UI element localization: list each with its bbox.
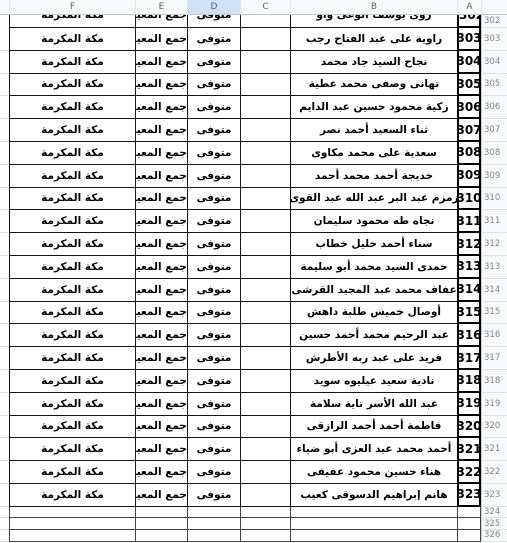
table-row: مكة المكرمة جمع المعيصم متوفى عبد الرحيم… xyxy=(0,324,507,347)
table-cell-e[interactable]: جمع المعيصم xyxy=(135,370,187,393)
row-header[interactable]: 302 xyxy=(481,15,507,28)
table-cell-b[interactable]: سناء أحمد خليل خطاب xyxy=(290,233,457,256)
table-cell-b[interactable]: سعدية على محمد مكاوى xyxy=(290,142,457,165)
table-cell-f[interactable]: مكة المكرمة xyxy=(9,233,135,256)
gutter-cell xyxy=(0,279,9,302)
table-cell-e[interactable]: جمع المعيصم xyxy=(135,279,187,302)
table-cell-d[interactable]: متوفى xyxy=(187,302,240,325)
table-row: مكة المكرمة جمع المعيصم متوفى نجاح السيد… xyxy=(0,51,507,74)
gutter-cell xyxy=(0,347,9,370)
table-cell-d[interactable]: متوفى xyxy=(187,96,240,119)
gutter-cell xyxy=(0,302,9,325)
table-cell-f[interactable]: مكة المكرمة xyxy=(9,302,135,325)
table-cell-e[interactable]: جمع المعيصم xyxy=(135,74,187,97)
table-cell-e[interactable]: جمع المعيصم xyxy=(135,210,187,233)
table-cell-f[interactable]: مكة المكرمة xyxy=(9,15,135,28)
row-header[interactable]: 315 xyxy=(481,302,507,325)
row-header[interactable]: 316 xyxy=(481,324,507,347)
table-cell-f[interactable]: مكة المكرمة xyxy=(9,210,135,233)
table-cell-f[interactable]: مكة المكرمة xyxy=(9,393,135,416)
table-cell-d[interactable]: متوفى xyxy=(187,279,240,302)
table-cell-c[interactable] xyxy=(240,51,290,74)
table-cell-c[interactable] xyxy=(240,165,290,188)
table-cell-b[interactable]: حمدى السيد محمد أبو سليمة xyxy=(290,256,457,279)
table-cell-a[interactable]: 318 xyxy=(457,370,481,393)
row-header[interactable]: 324 xyxy=(481,507,507,519)
table-cell-b[interactable]: هانم إبراهيم الدسوقى كعيب xyxy=(290,484,457,507)
table-row: مكة المكرمة جمع المعيصم متوفى حمدى السيد… xyxy=(0,256,507,279)
table-cell-a[interactable]: 314 xyxy=(457,279,481,302)
table-cell-d[interactable]: متوفى xyxy=(187,119,240,142)
table-cell-f[interactable]: مكة المكرمة xyxy=(9,165,135,188)
table-cell-c[interactable] xyxy=(240,507,290,519)
table-cell-f[interactable]: مكة المكرمة xyxy=(9,461,135,484)
column-header-b[interactable]: B xyxy=(290,0,457,14)
table-cell-f[interactable]: مكة المكرمة xyxy=(9,51,135,74)
table-cell-b[interactable]: زمزم عبد البر عبد الله عبد القوى xyxy=(290,188,457,211)
table-cell-d[interactable] xyxy=(187,530,240,542)
table-row: مكة المكرمة جمع المعيصم متوفى هانم إبراه… xyxy=(0,484,507,507)
table-cell-e[interactable]: جمع المعيصم xyxy=(135,15,187,28)
gutter-cell xyxy=(0,438,9,461)
table-cell-e[interactable]: جمع المعيصم xyxy=(135,347,187,370)
table-cell-b[interactable] xyxy=(290,507,457,519)
row-header[interactable]: 306 xyxy=(481,96,507,119)
table-cell-f[interactable]: مكة المكرمة xyxy=(9,256,135,279)
table-cell-b[interactable]: تهانى وصفى محمد عطية xyxy=(290,74,457,97)
table-cell-d[interactable]: متوفى xyxy=(187,74,240,97)
table-row: مكة المكرمة جمع المعيصم متوفى عفاف محمد … xyxy=(0,279,507,302)
table-cell-e[interactable] xyxy=(135,530,187,542)
table-cell-e[interactable] xyxy=(135,507,187,519)
table-cell-d[interactable]: متوفى xyxy=(187,256,240,279)
table-cell-c[interactable] xyxy=(240,370,290,393)
table-row: مكة المكرمة جمع المعيصم متوفى سعدية على … xyxy=(0,142,507,165)
table-cell-a[interactable]: 304 xyxy=(457,51,481,74)
table-cell-c[interactable] xyxy=(240,256,290,279)
table-cell-c[interactable] xyxy=(240,302,290,325)
table-row: مكة المكرمة جمع المعيصم متوفى أوصال خميس… xyxy=(0,302,507,325)
table-cell-c[interactable] xyxy=(240,119,290,142)
table-cell-b[interactable]: روى يوسف الوعى واو xyxy=(290,15,457,28)
table-cell-b[interactable]: عفاف محمد عبد المجيد القرشى xyxy=(290,279,457,302)
spreadsheet-app: F E D C B A مكة المكرمة جمع المعيصم متوف… xyxy=(0,0,507,543)
row-header[interactable]: 313 xyxy=(481,256,507,279)
table-cell-e[interactable]: جمع المعيصم xyxy=(135,461,187,484)
row-header[interactable]: 325 xyxy=(481,518,507,530)
table-cell-c[interactable] xyxy=(240,347,290,370)
table-cell-e[interactable]: جمع المعيصم xyxy=(135,119,187,142)
table-cell-a[interactable]: 302 xyxy=(457,15,481,28)
table-cell-a[interactable]: 315 xyxy=(457,302,481,325)
gutter-cell xyxy=(0,119,9,142)
table-cell-c[interactable] xyxy=(240,142,290,165)
gutter-cell xyxy=(0,416,9,439)
row-header[interactable]: 321 xyxy=(481,438,507,461)
table-cell-c[interactable] xyxy=(240,15,290,28)
table-cell-e[interactable]: جمع المعيصم xyxy=(135,393,187,416)
table-cell-f[interactable] xyxy=(9,507,135,519)
table-cell-f[interactable]: مكة المكرمة xyxy=(9,188,135,211)
table-row: مكة المكرمة جمع المعيصم متوفى عبد الله ا… xyxy=(0,393,507,416)
table-cell-d[interactable]: متوفى xyxy=(187,484,240,507)
table-cell-f[interactable]: مكة المكرمة xyxy=(9,438,135,461)
table-cell-c[interactable] xyxy=(240,393,290,416)
table-cell-e[interactable]: جمع المعيصم xyxy=(135,233,187,256)
table-cell-a[interactable]: 312 xyxy=(457,233,481,256)
table-cell-d[interactable]: متوفى xyxy=(187,15,240,28)
table-cell-c[interactable] xyxy=(240,28,290,51)
gutter-cell xyxy=(0,530,9,542)
row-header[interactable]: 305 xyxy=(481,74,507,97)
table-cell-a[interactable]: 313 xyxy=(457,256,481,279)
gutter-cell xyxy=(0,370,9,393)
table-row: مكة المكرمة جمع المعيصم متوفى نجاه طه مح… xyxy=(0,210,507,233)
column-header-f[interactable]: F xyxy=(9,0,135,14)
gutter-cell xyxy=(0,324,9,347)
table-cell-e[interactable]: جمع المعيصم xyxy=(135,302,187,325)
table-cell-e[interactable]: جمع المعيصم xyxy=(135,416,187,439)
empty-table-row: 326 xyxy=(0,530,507,542)
row-header[interactable]: 322 xyxy=(481,461,507,484)
table-cell-d[interactable] xyxy=(187,518,240,530)
column-header-e[interactable]: E xyxy=(135,0,187,14)
gutter-cell xyxy=(0,518,9,530)
table-cell-b[interactable]: خديجة أحمد محمد أحمد xyxy=(290,165,457,188)
row-header[interactable]: 304 xyxy=(481,51,507,74)
table-cell-c[interactable] xyxy=(240,96,290,119)
table-cell-d[interactable]: متوفى xyxy=(187,347,240,370)
table-cell-b[interactable]: أحمد محمد عبد العزى أبو ضياء xyxy=(290,438,457,461)
table-cell-f[interactable]: مكة المكرمة xyxy=(9,347,135,370)
table-row: مكة المكرمة جمع المعيصم متوفى فريد على ع… xyxy=(0,347,507,370)
table-cell-e[interactable]: جمع المعيصم xyxy=(135,324,187,347)
table-cell-e[interactable]: جمع المعيصم xyxy=(135,484,187,507)
table-cell-f[interactable]: مكة المكرمة xyxy=(9,370,135,393)
table-row: مكة المكرمة جمع المعيصم متوفى راوية على … xyxy=(0,28,507,51)
table-cell-c[interactable] xyxy=(240,438,290,461)
table-cell-b[interactable]: فاطمة أحمد أحمد الرازقى xyxy=(290,416,457,439)
table-cell-f[interactable]: مكة المكرمة xyxy=(9,324,135,347)
table-cell-f[interactable]: مكة المكرمة xyxy=(9,279,135,302)
table-row: مكة المكرمة جمع المعيصم متوفى خديجة أحمد… xyxy=(0,165,507,188)
table-cell-d[interactable]: متوفى xyxy=(187,233,240,256)
table-cell-e[interactable]: جمع المعيصم xyxy=(135,188,187,211)
table-cell-b[interactable]: فريد على عبد ربه الأطرش xyxy=(290,347,457,370)
table-cell-d[interactable]: متوفى xyxy=(187,165,240,188)
table-cell-b[interactable]: نجاه طه محمود سليمان xyxy=(290,210,457,233)
table-cell-a[interactable]: 323 xyxy=(457,484,481,507)
row-header[interactable]: 317 xyxy=(481,347,507,370)
table-cell-a[interactable]: 309 xyxy=(457,165,481,188)
table-cell-a[interactable]: 319 xyxy=(457,393,481,416)
partial-row: مكة المكرمة جمع المعيصم متوفى روى يوسف ا… xyxy=(0,15,507,28)
table-cell-a[interactable]: 321 xyxy=(457,438,481,461)
table-cell-d[interactable]: متوفى xyxy=(187,28,240,51)
table-cell-f[interactable]: مكة المكرمة xyxy=(9,74,135,97)
table-cell-b[interactable]: زكية محمود حسين عبد الدايم xyxy=(290,96,457,119)
table-cell-e[interactable]: جمع المعيصم xyxy=(135,165,187,188)
gutter-cell xyxy=(0,188,9,211)
table-row: مكة المكرمة جمع المعيصم متوفى أحمد محمد … xyxy=(0,438,507,461)
row-header[interactable]: 312 xyxy=(481,233,507,256)
empty-table-row: 325 xyxy=(0,518,507,530)
row-header[interactable]: 307 xyxy=(481,119,507,142)
table-cell-d[interactable]: متوفى xyxy=(187,210,240,233)
table-cell-c[interactable] xyxy=(240,233,290,256)
gutter-cell xyxy=(0,51,9,74)
table-cell-f[interactable]: مكة المكرمة xyxy=(9,28,135,51)
gutter-cell xyxy=(0,393,9,416)
gutter-cell xyxy=(0,28,9,51)
table-cell-e[interactable]: جمع المعيصم xyxy=(135,438,187,461)
table-cell-f[interactable]: مكة المكرمة xyxy=(9,119,135,142)
table-cell-a[interactable]: 311 xyxy=(457,210,481,233)
table-cell-c[interactable] xyxy=(240,461,290,484)
table-row: مكة المكرمة جمع المعيصم متوفى نادية سعيد… xyxy=(0,370,507,393)
table-row: مكة المكرمة جمع المعيصم متوفى تهانى وصفى… xyxy=(0,74,507,97)
table-cell-e[interactable]: جمع المعيصم xyxy=(135,28,187,51)
table-cell-c[interactable] xyxy=(240,210,290,233)
table-cell-d[interactable]: متوفى xyxy=(187,142,240,165)
gutter-cell xyxy=(0,484,9,507)
table-cell-c[interactable] xyxy=(240,188,290,211)
row-header[interactable]: 309 xyxy=(481,165,507,188)
table-cell-d[interactable]: متوفى xyxy=(187,370,240,393)
table-cell-b[interactable]: نجاح السيد جاد محمد xyxy=(290,51,457,74)
table-row: مكة المكرمة جمع المعيصم متوفى زمزم عبد ا… xyxy=(0,188,507,211)
table-cell-a[interactable] xyxy=(457,530,481,542)
table-cell-b[interactable]: عبد الرحيم محمد أحمد حسين xyxy=(290,324,457,347)
table-cell-f[interactable] xyxy=(9,530,135,542)
table-cell-c[interactable] xyxy=(240,518,290,530)
table-cell-d[interactable]: متوفى xyxy=(187,461,240,484)
table-cell-a[interactable]: 310 xyxy=(457,188,481,211)
gutter-cell xyxy=(0,507,9,519)
table-cell-a[interactable]: 322 xyxy=(457,461,481,484)
gutter-cell xyxy=(0,74,9,97)
table-cell-a[interactable]: 320 xyxy=(457,416,481,439)
gutter-cell xyxy=(0,15,9,28)
table-cell-b[interactable]: ثناء السعيد أحمد نصر xyxy=(290,119,457,142)
table-cell-c[interactable] xyxy=(240,324,290,347)
gutter-cell xyxy=(0,142,9,165)
table-cell-f[interactable]: مكة المكرمة xyxy=(9,484,135,507)
table-cell-b[interactable] xyxy=(290,518,457,530)
column-header-c[interactable]: C xyxy=(240,0,290,14)
row-header[interactable]: 318 xyxy=(481,370,507,393)
row-header[interactable]: 320 xyxy=(481,416,507,439)
table-cell-a[interactable] xyxy=(457,507,481,519)
table-cell-a[interactable]: 305 xyxy=(457,74,481,97)
table-cell-e[interactable]: جمع المعيصم xyxy=(135,256,187,279)
empty-table-row: 324 xyxy=(0,507,507,519)
table-cell-a[interactable]: 308 xyxy=(457,142,481,165)
table-cell-d[interactable]: متوفى xyxy=(187,393,240,416)
row-header[interactable]: 303 xyxy=(481,28,507,51)
row-header[interactable]: 314 xyxy=(481,279,507,302)
row-header[interactable]: 311 xyxy=(481,210,507,233)
table-cell-d[interactable]: متوفى xyxy=(187,324,240,347)
table-cell-d[interactable]: متوفى xyxy=(187,438,240,461)
table-cell-f[interactable]: مكة المكرمة xyxy=(9,96,135,119)
table-cell-f[interactable]: مكة المكرمة xyxy=(9,416,135,439)
table-cell-c[interactable] xyxy=(240,279,290,302)
table-cell-e[interactable]: جمع المعيصم xyxy=(135,51,187,74)
table-cell-c[interactable] xyxy=(240,484,290,507)
column-header-d-selected[interactable]: D xyxy=(187,0,240,14)
table-row: مكة المكرمة جمع المعيصم متوفى فاطمة أحمد… xyxy=(0,416,507,439)
table-cell-b[interactable] xyxy=(290,530,457,542)
table-cell-b[interactable]: هناء حسين محمود عفيفى xyxy=(290,461,457,484)
gutter-cell xyxy=(0,256,9,279)
gutter-cell xyxy=(0,96,9,119)
row-header[interactable]: 326 xyxy=(481,530,507,542)
table-cell-e[interactable]: جمع المعيصم xyxy=(135,96,187,119)
table-cell-d[interactable]: متوفى xyxy=(187,416,240,439)
table-cell-a[interactable]: 317 xyxy=(457,347,481,370)
table-cell-b[interactable]: عبد الله الأسر تاية سلامة xyxy=(290,393,457,416)
table-row: مكة المكرمة جمع المعيصم متوفى سناء أحمد … xyxy=(0,233,507,256)
table-cell-c[interactable] xyxy=(240,74,290,97)
table-cell-e[interactable]: جمع المعيصم xyxy=(135,142,187,165)
column-header-row: F E D C B A xyxy=(0,0,507,15)
table-cell-b[interactable]: نادية سعيد عيليوه سويد xyxy=(290,370,457,393)
gutter-cell xyxy=(0,165,9,188)
table-cell-f[interactable] xyxy=(9,518,135,530)
select-all-corner[interactable] xyxy=(481,0,507,14)
row-header[interactable]: 319 xyxy=(481,393,507,416)
gutter-cell xyxy=(0,210,9,233)
table-cell-d[interactable]: متوفى xyxy=(187,51,240,74)
table-cell-d[interactable] xyxy=(187,507,240,519)
table-cell-a[interactable]: 307 xyxy=(457,119,481,142)
table-cell-a[interactable] xyxy=(457,518,481,530)
table-cell-f[interactable]: مكة المكرمة xyxy=(9,142,135,165)
row-header[interactable]: 323 xyxy=(481,484,507,507)
table-cell-a[interactable]: 303 xyxy=(457,28,481,51)
column-header-g-sliver xyxy=(0,0,9,14)
table-cell-c[interactable] xyxy=(240,416,290,439)
table-cell-b[interactable]: راوية على عبد الفتاح رجب xyxy=(290,28,457,51)
table-row: مكة المكرمة جمع المعيصم متوفى هناء حسين … xyxy=(0,461,507,484)
table-cell-a[interactable]: 306 xyxy=(457,96,481,119)
table-cell-b[interactable]: أوصال خميس طلبة داهش xyxy=(290,302,457,325)
gutter-cell xyxy=(0,233,9,256)
gutter-cell xyxy=(0,461,9,484)
data-rows: مكة المكرمة جمع المعيصم متوفى راوية على … xyxy=(0,28,507,542)
row-header[interactable]: 310 xyxy=(481,188,507,211)
table-cell-d[interactable]: متوفى xyxy=(187,188,240,211)
column-header-a[interactable]: A xyxy=(457,0,481,14)
table-row: مكة المكرمة جمع المعيصم متوفى زكية محمود… xyxy=(0,96,507,119)
table-cell-e[interactable] xyxy=(135,518,187,530)
table-cell-c[interactable] xyxy=(240,530,290,542)
table-row: مكة المكرمة جمع المعيصم متوفى ثناء السعي… xyxy=(0,119,507,142)
row-header[interactable]: 308 xyxy=(481,142,507,165)
table-cell-a[interactable]: 316 xyxy=(457,324,481,347)
